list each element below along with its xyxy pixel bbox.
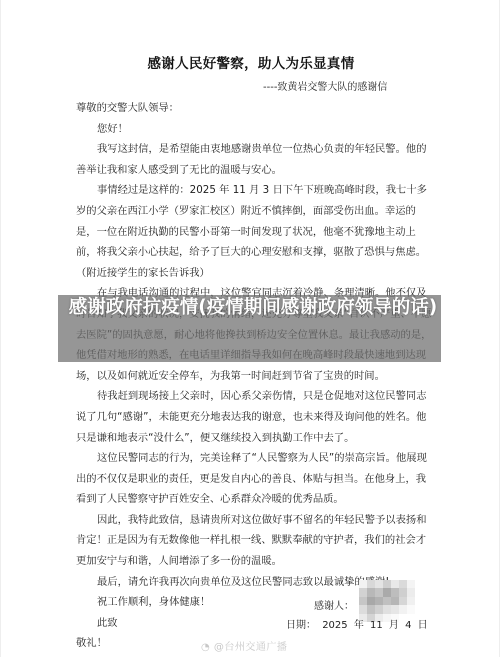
- letter-page: 感谢人民好警察，助人为乐显真情 ----致黄岩交警大队的感谢信 尊敬的交警大队领…: [0, 0, 500, 657]
- signer-line: 感谢人：: [314, 597, 354, 612]
- greeting: 您好！: [76, 119, 436, 140]
- letter-body: 尊敬的交警大队领导： 您好！ 我写这封信，是希望能由衷地感谢贵单位一位热心负责的…: [76, 98, 436, 654]
- date-value: 2025 年 11 月 4 日: [322, 620, 427, 631]
- paragraph: 事情经过是这样的：2025 年 11 月 3 日下午下班晚高峰时段，我七十多岁的…: [76, 180, 436, 283]
- paragraph: 待我赶到现场接上父亲时，因心系父亲伤情，只是仓促地对这位民警同志说了几句“感谢”…: [76, 386, 436, 448]
- letter-subtitle: ----致黄岩交警大队的感谢信: [263, 78, 387, 93]
- paragraph: 我写这封信，是希望能由衷地感谢贵单位一位热心负责的年轻民警。他的善举让我和家人感…: [76, 139, 436, 180]
- signer-label: 感谢人：: [314, 601, 354, 612]
- date-line: 日期： 2025 年 11 月 4 日: [286, 616, 428, 631]
- weibo-icon: ◔: [201, 642, 210, 653]
- watermark-text: @台州交通广播: [214, 642, 288, 653]
- paragraph: 这位民警同志的行为，完美诠释了“人民警察为人民”的崇高宗旨。他展现出的不仅仅是职…: [76, 448, 436, 510]
- letter-title: 感谢人民好警察，助人为乐显真情: [1, 52, 500, 72]
- salutation: 尊敬的交警大队领导：: [76, 98, 436, 119]
- paragraph: 因此，我特此致信，恳请贵所对这位做好事不留名的年轻民警予以表扬和肯定！正是因为有…: [76, 510, 436, 572]
- date-label: 日期：: [286, 620, 316, 631]
- source-watermark: ◔ @台州交通广播: [201, 638, 287, 653]
- headline-overlay-text: 感谢政府抗疫情(疫情期间感谢政府领导的话): [63, 296, 443, 320]
